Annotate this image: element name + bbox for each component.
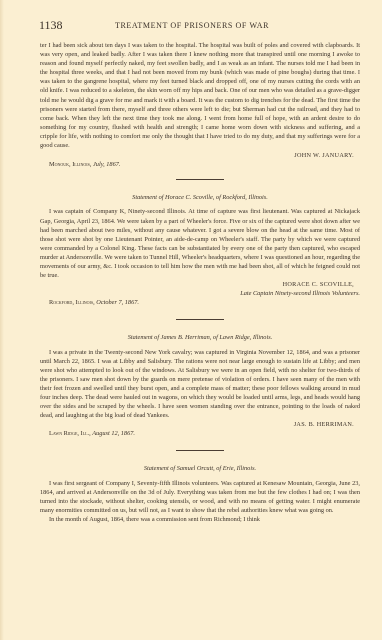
scoville-place-date: Rockford, Illinois, October 7, 1867. bbox=[40, 298, 360, 307]
herriman-place: Lawn Ridge, Ill., bbox=[49, 430, 91, 437]
orcutt-title: Statement of Samuel Orcutt, of Erie, Ill… bbox=[40, 464, 360, 473]
running-head: TREATMENT OF PRISONERS OF WAR bbox=[115, 21, 269, 30]
page-body: ter I had been sick about ten days I was… bbox=[40, 41, 360, 524]
page-number: 1138 bbox=[39, 18, 63, 33]
january-place-date: Monouk, Illinois, July, 1867. bbox=[40, 160, 360, 169]
scoville-place: Rockford, Illinois, bbox=[49, 299, 95, 306]
scoville-date: October 7, 1867. bbox=[96, 299, 139, 306]
january-place: Monouk, Illinois, bbox=[49, 161, 91, 168]
january-signature: JOHN W. JANUARY. bbox=[40, 151, 360, 160]
herriman-place-date: Lawn Ridge, Ill., August 12, 1867. bbox=[40, 429, 360, 438]
herriman-date: August 12, 1867. bbox=[92, 430, 135, 437]
january-date: July, 1867. bbox=[93, 161, 120, 168]
scoville-signature-title: Late Captain Ninety-second Illinois Volu… bbox=[40, 289, 360, 298]
scoville-paragraph: I was captain of Company K, Ninety-secon… bbox=[40, 207, 360, 280]
scoville-title: Statement of Horace C. Scoville, of Rock… bbox=[40, 193, 360, 202]
herriman-signature: JAS. B. HERRIMAN. bbox=[40, 420, 360, 429]
scoville-signature: HORACE C. SCOVILLE, bbox=[40, 280, 360, 289]
orcutt-paragraph-2: In the month of August, 1864, there was … bbox=[40, 515, 360, 524]
orcutt-paragraph-1: I was first sergeant of Company I, Seven… bbox=[40, 479, 360, 515]
herriman-title: Statement of James B. Herriman, of Lawn … bbox=[40, 333, 360, 342]
page-edge bbox=[0, 0, 4, 640]
herriman-paragraph: I was a private in the Twenty-second New… bbox=[40, 348, 360, 421]
page-header: 1138 TREATMENT OF PRISONERS OF WAR bbox=[39, 18, 359, 32]
january-paragraph: ter I had been sick about ten days I was… bbox=[40, 41, 360, 150]
